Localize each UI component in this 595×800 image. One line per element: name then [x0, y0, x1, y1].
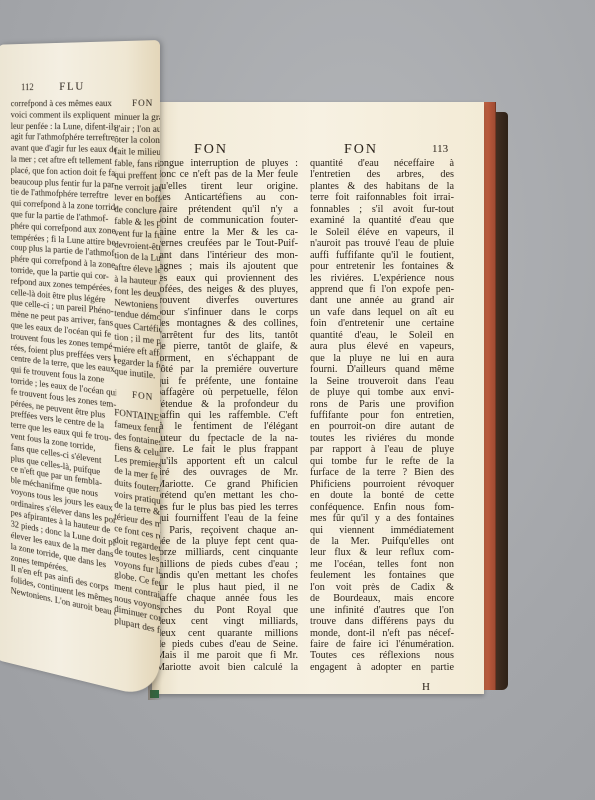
text-line: Mais il me paroit que fi Mr. [156, 650, 298, 661]
text-line: trouvent diverfes ouvertures [156, 295, 298, 306]
text-line: qui tombe fur le refte de la [310, 456, 454, 467]
text-line: le Soleil éléve en vapeurs, il [310, 227, 454, 238]
text-line: Mariotte avoit bien calculé la [156, 662, 298, 673]
text-line: en pourroit-on dire autant de [310, 421, 454, 432]
text-line: n'auroit pas trouvé l'eau de pluie [310, 238, 454, 249]
text-line: de la Mer. Puifqu'elles ont [310, 536, 454, 547]
text-line: deux cent quarante millions [156, 628, 298, 639]
text-line: arches du Pont Royal que [156, 605, 298, 616]
text-line: Mariotte. Ce grand Phificien [156, 479, 298, 490]
text-line: apprend que fi l'on expofe pen- [310, 284, 454, 295]
text-line: faire de faire ici l'énumération. [310, 639, 454, 650]
verso-running-head: 112 FLU [21, 79, 85, 94]
section-heading: FON [114, 388, 160, 407]
text-line: paffagère où perpetuelle, félon [156, 387, 298, 398]
text-line: dant une année au grand air [310, 295, 454, 306]
text-line: me l'océan, telles font non [310, 559, 454, 570]
text-line: examiné la quantité d'eau que [310, 215, 454, 226]
text-line: Toutes ces réflexions nous [310, 650, 454, 661]
text-line: née de la pluye fept cent qua- [156, 536, 298, 547]
text-line: minuer la gravité de l'a- [114, 112, 160, 124]
text-line: conféquence. Enfin nous fom- [310, 502, 454, 513]
text-line: plantes & des habitans de la [310, 181, 454, 192]
right-text-column: quantité d'eau néceffaire àl'entretien d… [310, 158, 454, 673]
text-line: l'on voit près de Cadix & [310, 582, 454, 593]
text-line: vernes creufées par le Tout-Puif- [156, 238, 298, 249]
text-line: leur flux & leur reflux com- [310, 547, 454, 558]
left-page-curled: 112 FLU correfpond à ces mêmes eauxvoici… [0, 40, 160, 700]
verso-column-a: correfpond à ces mêmes eauxvoici comment… [11, 98, 116, 619]
text-line: tiré des ouvrages de Mr. [156, 467, 298, 478]
text-line: côté par la premiére ouverture [156, 364, 298, 375]
text-line: d'air ; l'on auroit beau [114, 123, 160, 135]
text-line: trouve dans différens pays du [310, 616, 454, 627]
text-line: correfpond à ces mêmes eaux [11, 98, 116, 110]
text-line: pour entretenir les fontaines & [310, 261, 454, 272]
verso-running-head-word: FLU [59, 79, 85, 93]
text-line: terre foit raifonnables foit irrai- [310, 192, 454, 203]
text-line: les riviéres. L'expérience nous [310, 273, 454, 284]
text-line: baffin qui les raffemble. C'eft [156, 410, 298, 421]
verso-page-number: 112 [21, 82, 34, 93]
text-line: ture. Le fait le plus frappant [156, 444, 298, 455]
text-line: auffi fuffifante qu'il le foutient, [310, 250, 454, 261]
text-line: millions de pieds cubes d'eau ; [156, 559, 298, 570]
text-line: traire prétendent qu'il n'y a [156, 204, 298, 215]
text-line: torze milliards, cent cinquante [156, 547, 298, 558]
text-line: une infinité d'autres que l'on [310, 605, 454, 616]
text-line: qui fe préfente, une fontaine [156, 376, 298, 387]
text-line: tandis qu'en mettant les chofes [156, 570, 298, 581]
text-line: les eaux qui proviennent des [156, 273, 298, 284]
verso-column-b: FONminuer la gravité de l'a-d'air ; l'on… [114, 98, 160, 640]
text-line: à Paris, reçoivent chaque an- [156, 525, 298, 536]
text-line: feulement les fontaines que [310, 570, 454, 581]
text-line: fant dans l'intérieur des mon- [156, 250, 298, 261]
text-line: s'arrêtent fur des lits, tantôt [156, 330, 298, 341]
text-line: ôter la colonne d'air qui [114, 135, 160, 147]
text-line: forment, en s'échappant de [156, 353, 298, 364]
text-line: qu'elles tirent leur origine. [156, 181, 298, 192]
text-line: deux cent vingt milliards, [156, 616, 298, 627]
running-head-left: FON [194, 142, 228, 158]
text-line: qu'ils apportent eft un calcul [156, 456, 298, 467]
text-line: mes fûr qu'il y a des fontaines [310, 513, 454, 524]
text-line: fuffifante pour fon entretien, [310, 410, 454, 421]
text-line: paffe chaque année fous les [156, 593, 298, 604]
text-line: fourni. D'ailleurs quand même [310, 364, 454, 375]
text-line: longue interruption de pluyes : [156, 158, 298, 169]
text-line: l'étendue & la profondeur du [156, 399, 298, 410]
text-line: quantité d'eau néceffaire à [310, 158, 454, 169]
text-line: de pieds cubes d'eau de Seine. [156, 639, 298, 650]
text-line: engagent à adopter en partie [310, 662, 454, 673]
text-line: de pluye qui tombe aux envi- [310, 387, 454, 398]
text-line: par rapport à l'eau de pluye [310, 444, 454, 455]
running-head-right: FON [344, 142, 378, 158]
text-line: toutes les riviéres du monde [310, 433, 454, 444]
text-line: la Seine trouveroit dans l'eau [310, 376, 454, 387]
photo-scene: FON FON 113 longue interruption de pluye… [0, 0, 595, 800]
text-line: monde, dont-il n'eft pas nécef- [310, 628, 454, 639]
text-line: quantité d'eau, le Soleil en [310, 330, 454, 341]
left-text-column: longue interruption de pluyes :donc ce n… [156, 158, 298, 673]
text-line: rons de Paris une provifion [310, 399, 454, 410]
text-line: un vafe dans lequel on aît eu [310, 307, 454, 318]
text-line: prétend qu'en mettant les cho- [156, 490, 298, 501]
text-line: que la pluye ne lui en aura [310, 353, 454, 364]
text-line: de pierre, tantôt de glaife, & [156, 341, 298, 352]
text-line: des montagnes & des collines, [156, 318, 298, 329]
right-page: FON FON 113 longue interruption de pluye… [152, 102, 484, 694]
text-line: auteur du fpectacle de la na- [156, 433, 298, 444]
text-line: Les Anticartéfiens au con- [156, 192, 298, 203]
signature-mark: H [422, 681, 430, 693]
text-line: pour s'infinuer dans le corps [156, 307, 298, 318]
text-line: Phificiens pourroient révoquer [310, 479, 454, 490]
text-line: donc ce n'eft pas de la Mer feule [156, 169, 298, 180]
text-line: voici comment ils expliquent [11, 110, 116, 122]
text-line: l'entretien des arbres, des [310, 169, 454, 180]
running-head: FON FON 113 [152, 142, 484, 158]
text-line: là le fentiment de l'élégant [156, 421, 298, 432]
text-line: fur le plus haut pied, il ne [156, 582, 298, 593]
text-line: rofées, des neiges & des pluyes, [156, 284, 298, 295]
text-line: aura plus élevé en vapeurs, [310, 341, 454, 352]
text-line: de Bourdeaux, mais encore [310, 593, 454, 604]
text-line: foin d'entretenir une certaine [310, 318, 454, 329]
text-line: fes fur le plus bas pied les terres [156, 502, 298, 513]
text-line: qui fourniffent l'eau de la feine [156, 513, 298, 524]
text-line: tagnes ; mais ils ajoutent que [156, 261, 298, 272]
text-line: furface de la terre ? Bien des [310, 467, 454, 478]
verso-column-b-head: FON [114, 98, 160, 110]
text-line: point de communication fouter- [156, 215, 298, 226]
text-line: qui viennent immédiatement [310, 525, 454, 536]
page-number: 113 [432, 143, 448, 155]
text-line: en doute la bonté de cette [310, 490, 454, 501]
text-line: fonnables ; s'il avoit fur-tout [310, 204, 454, 215]
text-line: raine entre la Mer & les ca- [156, 227, 298, 238]
red-page-edges [482, 102, 496, 690]
